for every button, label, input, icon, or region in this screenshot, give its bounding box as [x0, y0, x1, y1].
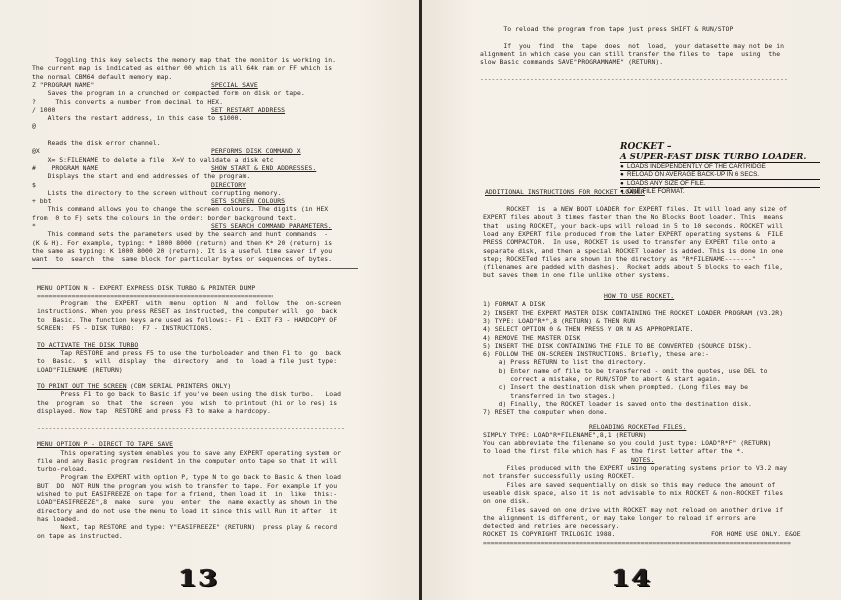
- command-key: / 1000: [32, 106, 55, 114]
- instruction-step: 5) INSERT THE DISK CONTAINING THE FILE T…: [483, 342, 752, 350]
- double-rule: ========================================…: [483, 539, 813, 547]
- instruction-step: 1) FORMAT A DISK: [483, 300, 545, 308]
- instruction-step: 2) INSERT THE EXPERT MASTER DISK CONTAIN…: [483, 309, 783, 317]
- paragraph-line: but saves them in one file unlike other …: [483, 271, 670, 279]
- command-description: Displays the start and end addresses of …: [32, 172, 250, 180]
- section-heading: NOTES.: [631, 456, 654, 464]
- command-title: SHOW START & END ADDRESSES.: [211, 164, 316, 172]
- paragraph-line: displayed. Now tap RESTORE and press F3 …: [37, 407, 271, 415]
- rocket-advert-box: ROCKET – A SUPER-FAST DISK TURBO LOADER.…: [620, 143, 820, 196]
- section-heading: - DIRECT TO TAPE SAVE: [87, 440, 173, 448]
- dashed-divider: ----------------------------------------…: [37, 424, 357, 432]
- paragraph-line: BUT DO NOT RUN the program you wish to t…: [37, 482, 337, 490]
- paragraph-line: EXPERT files about 3 times faster than t…: [483, 213, 783, 221]
- paragraph-line: step; ROCKETed files are shown in the di…: [483, 255, 756, 263]
- bullet-icon: ●: [620, 171, 627, 178]
- paragraph-line: file and any Basic program resident in t…: [37, 457, 337, 465]
- command-title: PERFORMS DISK COMMAND X: [211, 147, 301, 155]
- paragraph-line: on one disk.: [483, 497, 530, 505]
- instruction-step: 6) FOLLOW THE ON-SCREEN INSTRUCTIONS. Br…: [483, 350, 709, 358]
- paragraph-line: to Basic. The function keys are used as …: [37, 316, 337, 324]
- paragraph-line: useable disk space, also it is not advis…: [483, 489, 783, 497]
- command-title: DIRECTORY: [211, 181, 246, 189]
- command-description: This command allows you to change the sc…: [32, 205, 328, 213]
- paragraph-line: alignment in which case you can still tr…: [480, 50, 780, 58]
- paragraph-line: detected and retries are necessary.: [483, 522, 619, 530]
- paragraph-line: Press F1 to go back to Basic if you've b…: [37, 390, 341, 398]
- command-key: $: [32, 181, 36, 189]
- paragraph-line: the normal CBM64 default memory map.: [32, 73, 172, 81]
- page-number-right: 14: [611, 566, 652, 592]
- paragraph-line: Toggling this key selects the memory map…: [32, 56, 336, 64]
- subsection-heading: TO PRINT OUT THE SCREEN: [37, 382, 127, 390]
- paragraph-line: SCREEN: F5 - DISK TURBO: F7 - INSTRUCTIO…: [37, 324, 212, 332]
- paragraph-line: directory and do not use the menu to loa…: [37, 507, 337, 515]
- instruction-step: d) Finally, the ROCKET loader is saved o…: [483, 400, 752, 408]
- paragraph-line: (filenames are padded with dashes). Rock…: [483, 263, 783, 271]
- instruction-step: 4) SELECT OPTION 0 & THEN PRESS Y OR N A…: [483, 325, 693, 333]
- command-description: want to search the same block for partic…: [32, 255, 332, 263]
- paragraph-line: to Basic. $ will display the directory a…: [37, 357, 337, 365]
- paragraph-line: You can abbreviate the filename so you c…: [483, 439, 771, 447]
- command-key: # PROGRAM NAME: [32, 164, 98, 172]
- command-key: *: [32, 222, 36, 230]
- paragraph-line: to load the first file which has F as th…: [483, 447, 744, 455]
- instruction-step: correct a mistake, or RUN/STOP to abort …: [483, 375, 721, 383]
- page-number-left: 13: [178, 566, 219, 592]
- paragraph-line: wished to put EASIFREEZE on tape for a f…: [37, 490, 337, 498]
- instruction-step: 4) REMOVE THE MASTER DISK: [483, 334, 580, 342]
- paragraph-line: turbo-reload.: [37, 465, 88, 473]
- command-description: from 0 to F) sets the colours in the ord…: [32, 214, 297, 222]
- home-use-notice: FOR HOME USE ONLY. E&OE: [711, 530, 801, 538]
- paragraph-line: Files are saved sequentially on disk so …: [483, 481, 775, 489]
- section-heading: MENU OPTION N - EXPERT EXPRESS DISK TURB…: [37, 284, 255, 292]
- paragraph-line: on tape as instructed.: [37, 532, 123, 540]
- command-key: + bbt: [32, 197, 52, 205]
- subsection-heading: TO ACTIVATE THE DISK TURBO: [37, 341, 138, 349]
- command-title: SETS SCREEN COLOURS: [211, 197, 285, 205]
- instruction-step: 7) RESET the computer when done.: [483, 408, 608, 416]
- advert-bullet: ●ONE FILE FORMAT.: [620, 188, 820, 195]
- advert-subtitle: A SUPER-FAST DISK TURBO LOADER.: [620, 152, 820, 163]
- paragraph-line: Files saved on one drive with ROCKET may…: [483, 506, 783, 514]
- paragraph-line: This operating system enables you to sav…: [37, 449, 341, 457]
- paragraph-line: instructions. When you press RESET as in…: [37, 307, 337, 315]
- command-title: SPECIAL SAVE: [211, 81, 258, 89]
- instruction-step: a) Press RETURN to list the directory.: [483, 358, 647, 366]
- paragraph-line: the program so that the screen you wish …: [37, 399, 337, 407]
- book-spine: [419, 0, 422, 600]
- copyright-notice: ROCKET IS COPYRIGHT TRILOGIC 1988.: [483, 530, 616, 538]
- dashed-divider: ----------------------------------------…: [480, 75, 805, 83]
- command-key: @: [32, 122, 36, 130]
- instruction-step: transferred in two stages.): [483, 392, 616, 400]
- command-description: Alters the restart address, in this case…: [32, 114, 242, 122]
- command-description: the same as typing: K 1000 8000 20 (retu…: [32, 247, 332, 255]
- paragraph-line: If you find the tape does not load, your…: [480, 42, 784, 50]
- bullet-icon: ●: [620, 180, 627, 187]
- paragraph-line: Files produced with the EXPERT using ope…: [483, 464, 787, 472]
- paragraph-line: the alignment is different, or may take …: [483, 514, 756, 522]
- instruction-step: b) Enter name of file to be transferred …: [483, 367, 768, 375]
- section-divider: [32, 268, 358, 269]
- instruction-step: 3) TYPE: LOAD"R*",8 (RETURN) & THEN RUN: [483, 317, 635, 325]
- section-heading: RELOADING ROCKETed FILES.: [589, 423, 686, 431]
- command-key: @X: [32, 147, 40, 155]
- command-key: ? This converts a number from decimal to…: [32, 98, 223, 106]
- command-key: Z "PROGRAM NAME": [32, 81, 94, 89]
- advert-title: ROCKET –: [620, 143, 820, 152]
- paragraph-line: LOAD"FILENAME (RETURN): [37, 366, 123, 374]
- command-description: Saves the program in a crunched or compa…: [32, 89, 305, 97]
- command-description: Lists the directory to the screen withou…: [32, 189, 281, 197]
- paragraph-line: PRESS COMPACTOR. In use, ROCKET is used …: [483, 238, 775, 246]
- bullet-icon: ●: [620, 163, 627, 170]
- section-heading: HOW TO USE ROCKET.: [604, 292, 674, 300]
- section-heading: MENU OPTION P: [37, 440, 88, 448]
- paragraph-line: has loaded.: [37, 515, 80, 523]
- command-title: SETS SEARCH COMMAND PARAMETERS.: [211, 222, 332, 230]
- command-description: X= S:FILENAME to delete a file X=V to va…: [32, 156, 274, 164]
- paragraph-line: LOAD"EASIFREEZE",8 make sure you enter t…: [37, 498, 337, 506]
- paragraph-line: slow Basic commands SAVE"PROGRAMNAME" (R…: [480, 58, 663, 66]
- paragraph-line: Tap RESTORE and press F5 to use the turb…: [37, 349, 341, 357]
- bullet-icon: ●: [620, 188, 627, 195]
- paragraph-line: Program the EXPERT with menu option N an…: [37, 299, 341, 307]
- paragraph-line: that using ROCKET, your back-ups will re…: [483, 222, 783, 230]
- command-title: SET RESTART ADDRESS: [211, 106, 285, 114]
- paragraph-line: The current map is indicated as either 0…: [32, 64, 332, 72]
- paragraph-line: not transfer successfully using ROCKET.: [483, 472, 635, 480]
- advert-bullet: ●RELOAD ON AVERAGE BACK-UP IN 6 SECS.: [620, 171, 820, 179]
- paragraph-line: Next, tap RESTORE and type: Y"EASIFREEZE…: [37, 523, 337, 531]
- paragraph-line: load any EXPERT file produced from the l…: [483, 230, 783, 238]
- advert-bullet: ●LOADS INDEPENDENTLY OF THE CARTRIDGE: [620, 163, 732, 171]
- paragraph-line: SIMPLY TYPE: LOAD"R*FILENAME",8,1 (RETUR…: [483, 431, 647, 439]
- command-description: This command sets the parameters used by…: [32, 230, 328, 238]
- paragraph-line: Program the EXPERT with option P, type N…: [37, 473, 341, 481]
- command-description: (K & H). For example, typing: * 1000 800…: [32, 239, 332, 247]
- paragraph-line: To reload the program from tape just pre…: [480, 25, 733, 33]
- paragraph-line: ROCKET is a NEW BOOT LOADER for EXPERT f…: [483, 205, 787, 213]
- paragraph-line: separate disk, and then a special ROCKET…: [483, 247, 783, 255]
- advert-bullet: ●LOADS ANY SIZE OF FILE.: [620, 180, 820, 188]
- subsection-heading-note: (CBM SERIAL PRINTERS ONLY): [126, 382, 231, 390]
- command-description: Reads the disk error channel.: [32, 139, 161, 147]
- instruction-step: c) Insert the destination disk when prom…: [483, 383, 748, 391]
